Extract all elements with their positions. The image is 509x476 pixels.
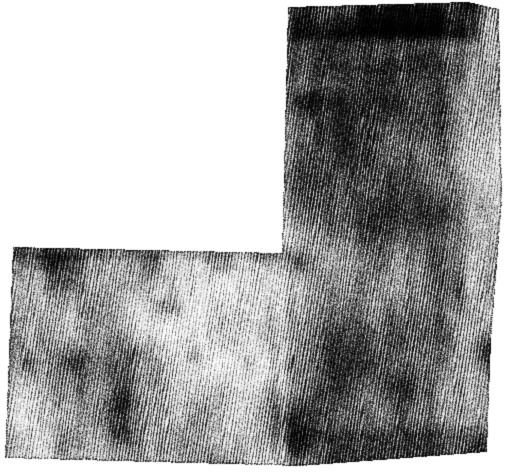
geophysical-survey-figure [0, 0, 509, 476]
survey-greyscale-plot [0, 0, 509, 476]
page [0, 0, 509, 476]
